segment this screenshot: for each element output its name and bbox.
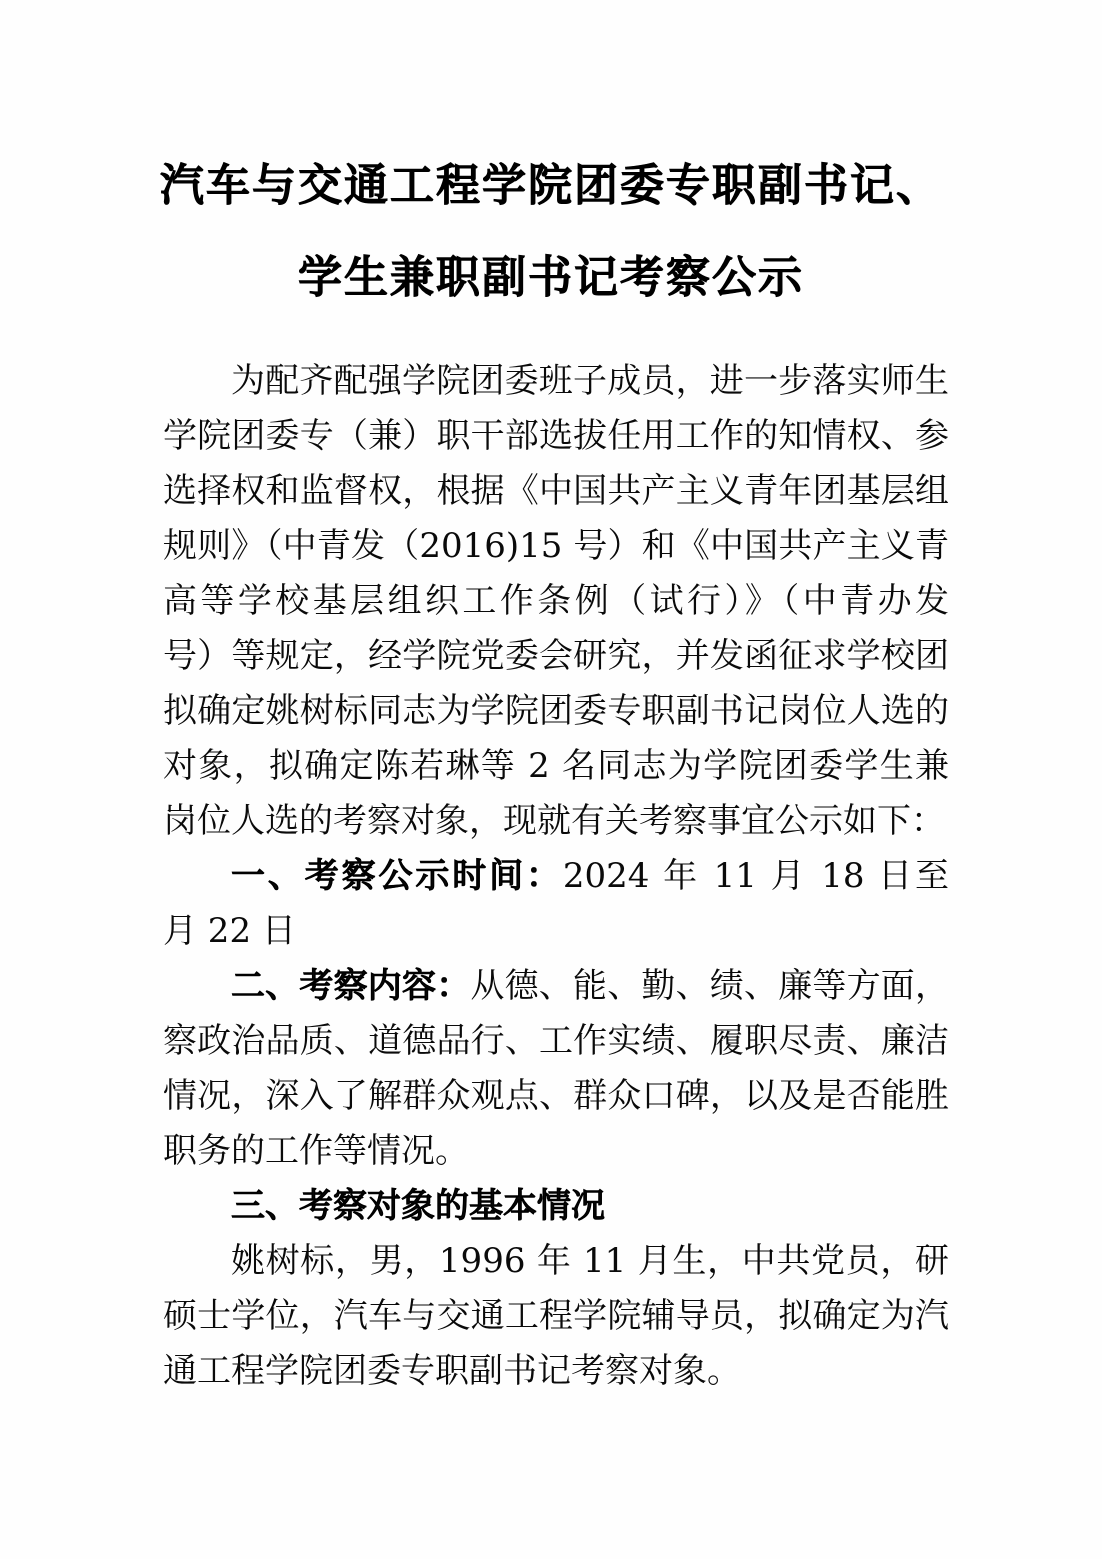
text-line: 察政治品质、道德品行、工作实绩、履职尽责、廉洁自律等	[163, 1014, 949, 1069]
text-line: 岗位人选的考察对象，现就有关考察事宜公示如下：	[163, 794, 949, 849]
text-segment: 职务的工作等情况。	[163, 1131, 469, 1171]
text-segment: 拟确定姚树标同志为学院团委专职副书记岗位人选的考察	[163, 691, 949, 739]
text-line: 对象，拟确定陈若琳等 2 名同志为学院团委学生兼职副书记	[163, 739, 949, 794]
text-line: 姚树标，男，1996 年 11 月生，中共党员，研究生学历，	[163, 1234, 949, 1289]
text-line: 选择权和监督权，根据《中国共产主义青年团基层组织选举	[163, 464, 949, 519]
document-title-line1: 汽车与交通工程学院团委专职副书记、	[0, 140, 1102, 232]
text-line: 学院团委专（兼）职干部选拔任用工作的知情权、参与权、	[163, 409, 949, 464]
text-line: 通工程学院团委专职副书记考察对象。	[163, 1344, 949, 1399]
heading-segment: 一、考察公示时间：	[231, 857, 563, 895]
text-segment: 情况，深入了解群众观点、群众口碑，以及是否能胜任拟任	[163, 1076, 949, 1124]
document-title-line2: 学生兼职副书记考察公示	[0, 232, 1102, 324]
text-line: 号）等规定，经学院党委会研究，并发函征求学校团委意见，	[163, 629, 949, 684]
text-line: 二、考察内容：从德、能、勤、绩、廉等方面，深入考	[163, 959, 949, 1014]
text-segment: 硕士学位，汽车与交通工程学院辅导员，拟确定为汽车与交	[163, 1296, 949, 1344]
text-line: 高等学校基层组织工作条例（试行）》（中青办发（2017)12	[163, 574, 949, 629]
document-title: 汽车与交通工程学院团委专职副书记、 学生兼职副书记考察公示	[0, 0, 1102, 324]
text-line: 三、考察对象的基本情况	[163, 1179, 949, 1234]
text-line: 硕士学位，汽车与交通工程学院辅导员，拟确定为汽车与交	[163, 1289, 949, 1344]
text-line: 情况，深入了解群众观点、群众口碑，以及是否能胜任拟任	[163, 1069, 949, 1124]
text-line: 拟确定姚树标同志为学院团委专职副书记岗位人选的考察	[163, 684, 949, 739]
text-line: 职务的工作等情况。	[163, 1124, 949, 1179]
text-line: 为配齐配强学院团委班子成员，进一步落实师生员工对	[163, 354, 949, 409]
text-segment: 月 22 日	[163, 911, 296, 951]
text-segment: 号）等规定，经学院党委会研究，并发函征求学校团委意见，	[163, 636, 949, 684]
heading-segment: 二、考察内容：	[231, 967, 470, 1005]
text-line: 月 22 日	[163, 904, 949, 959]
text-line: 规则》（中青发（2016)15 号）和《中国共产主义青年团普通	[163, 519, 949, 574]
text-segment: 姚树标，男，1996 年 11 月生，中共党员，研究生学历，	[231, 1241, 949, 1289]
text-segment: 学院团委专（兼）职干部选拔任用工作的知情权、参与权、	[163, 416, 949, 464]
text-line: 一、考察公示时间：2024 年 11 月 18 日至 2024 年 11	[163, 849, 949, 904]
text-segment: 为配齐配强学院团委班子成员，进一步落实师生员工对	[231, 361, 949, 409]
text-segment: 高等学校基层组织工作条例（试行）》（中青办发（2017)12	[163, 581, 949, 629]
text-segment: 对象，拟确定陈若琳等 2 名同志为学院团委学生兼职副书记	[163, 746, 949, 794]
document-page: 汽车与交通工程学院团委专职副书记、 学生兼职副书记考察公示 为配齐配强学院团委班…	[0, 0, 1102, 1559]
text-segment: 选择权和监督权，根据《中国共产主义青年团基层组织选举	[163, 471, 949, 519]
text-segment: 察政治品质、道德品行、工作实绩、履职尽责、廉洁自律等	[163, 1021, 949, 1069]
document-body: 为配齐配强学院团委班子成员，进一步落实师生员工对学院团委专（兼）职干部选拔任用工…	[163, 354, 949, 1399]
text-segment: 岗位人选的考察对象，现就有关考察事宜公示如下：	[163, 801, 945, 841]
text-segment: 通工程学院团委专职副书记考察对象。	[163, 1351, 741, 1391]
text-segment: 规则》（中青发（2016)15 号）和《中国共产主义青年团普通	[163, 526, 949, 574]
heading-segment: 三、考察对象的基本情况	[231, 1187, 605, 1225]
